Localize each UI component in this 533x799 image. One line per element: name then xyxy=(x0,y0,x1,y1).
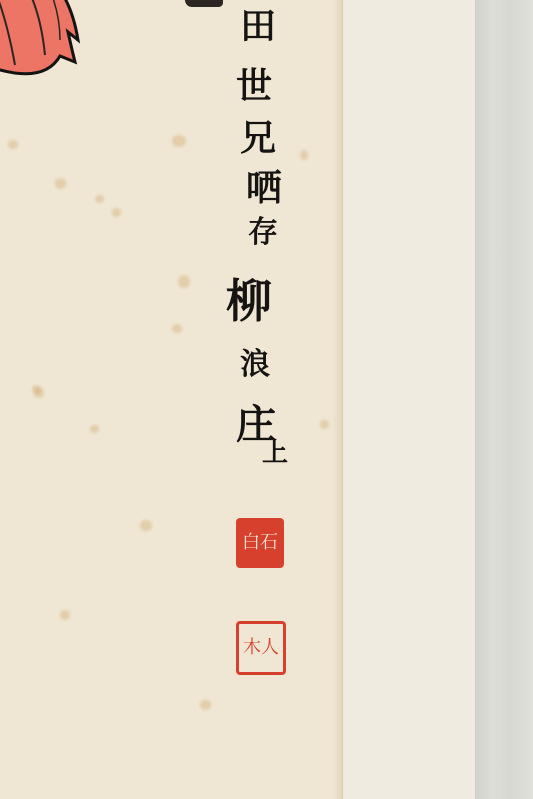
inscription-char: 存 xyxy=(248,218,278,248)
red-seal-intaglio: 白石 xyxy=(236,518,284,568)
foxing-stain xyxy=(34,388,44,398)
foxing-stain xyxy=(8,140,18,149)
inscription-char: 浪 xyxy=(240,350,270,380)
seal-text: 木人 xyxy=(243,639,279,657)
foxing-stain xyxy=(172,135,186,147)
red-flower-petal xyxy=(0,0,80,82)
scroll-mount-paper xyxy=(342,0,476,799)
foxing-stain xyxy=(172,324,182,333)
foxing-stain xyxy=(300,150,308,160)
foxing-stain xyxy=(60,610,70,620)
foxing-stain xyxy=(140,520,152,531)
seal-text: 白石 xyxy=(242,534,278,552)
inscription-char: 上 xyxy=(262,440,288,466)
foxing-stain xyxy=(178,275,190,288)
inscription-char: 哂 xyxy=(246,170,282,206)
foxing-stain xyxy=(112,208,121,217)
inscription-char: 世 xyxy=(236,68,272,104)
silk-border xyxy=(475,0,533,799)
foxing-stain xyxy=(95,195,104,203)
inscription-char: 兄 xyxy=(240,120,276,156)
foxing-stain xyxy=(320,420,329,429)
foxing-stain xyxy=(90,425,99,433)
foxing-stain xyxy=(200,700,211,710)
foxing-stain xyxy=(55,178,66,189)
red-seal-relief: 木人 xyxy=(236,621,286,675)
painting-paper: 田 世 兄 哂 存 柳 浪 庄 上 白石 木人 xyxy=(0,0,342,799)
ink-blotch xyxy=(185,0,223,7)
inscription-char: 柳 xyxy=(226,278,272,324)
inscription-char: 田 xyxy=(240,8,276,44)
